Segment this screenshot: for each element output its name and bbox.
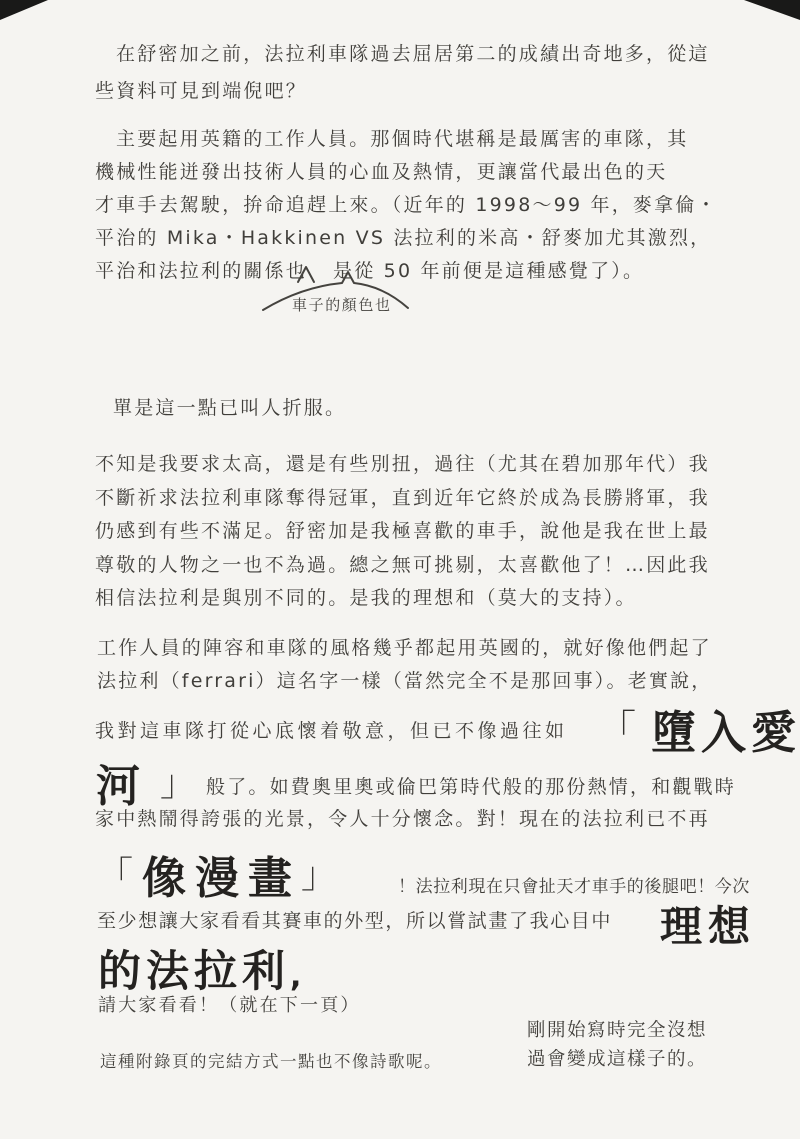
text-line: 在舒密加之前，法拉利車隊過去屈居第二的成績出奇地多，從這 — [95, 36, 710, 73]
text-line: 不知是我要求太高，還是有些別扭，過往（尤其在碧加那年代）我 — [95, 448, 710, 482]
open-bracket: 「 — [97, 855, 142, 896]
text-line-see-next-page: 請大家看看！（就在下一頁） — [98, 991, 361, 1017]
insertion-note: 車子的顏色也 — [292, 294, 392, 315]
close-bracket: 」 — [301, 855, 346, 896]
text-line: 至少想讓大家看看其賽車的外型，所以嘗試畫了我心目中 — [97, 906, 612, 933]
paragraph-expectations: 不知是我要求太高，還是有些別扭，過往（尤其在碧加那年代）我 不斷祈求法拉利車隊奪… — [95, 448, 710, 616]
paragraph-intro: 在舒密加之前，法拉利車隊過去屈居第二的成績出奇地多，從這 些資料可見到端倪吧？ — [95, 36, 710, 110]
comma: , — [290, 959, 306, 994]
open-bracket: 「 — [598, 707, 641, 751]
big-text-ideal: 理想 — [660, 894, 756, 954]
text-line: 機械性能迸發出技術人員的心血及熱情，更讓當代最出色的天 — [95, 156, 718, 189]
big-text-like-manga: 「像漫畫」 — [97, 842, 346, 906]
text-line: 般了。如費奧里奧或倫巴第時代般的那份熱情，和觀戰時 — [206, 772, 736, 799]
text-line: 仍感到有些不滿足。舒密加是我極喜歡的車手，說他是我在世上最 — [95, 515, 710, 549]
big-text: 像漫畫 — [142, 853, 301, 904]
text-line: 我對這車隊打從心底懷着敬意，但已不像過往如 — [95, 716, 568, 743]
big-text: 的法拉利 — [98, 947, 290, 997]
scanned-afterword-page: 在舒密加之前，法拉利車隊過去屈居第二的成績出奇地多，從這 些資料可見到端倪吧？ … — [0, 0, 800, 1139]
text-line: 相信法拉利是與別不同的。是我的理想和（莫大的支持）。 — [95, 582, 710, 616]
text-line: 工作人員的陣容和車隊的風格幾乎都起用英國的，就好像他們起了 — [97, 633, 712, 660]
big-text-fall-in-love-part1: 「墮入愛 — [598, 696, 800, 761]
paragraph-single-line: 單是這一點已叫人折服。 — [113, 393, 346, 420]
text-line: 尊敬的人物之一也不為過。總之無可挑剔，太喜歡他了！…因此我 — [95, 549, 710, 583]
text-line: 不斷祈求法拉利車隊奪得冠軍，直到近年它終於成為長勝將軍，我 — [95, 482, 710, 516]
text-line: 剛開始寫時完全沒想 — [527, 1016, 707, 1045]
footnote-left: 這種附錄頁的完結方式一點也不像詩歌呢。 — [100, 1048, 442, 1072]
text-line: 家中熱鬧得誇張的光景，令人十分懷念。對！現在的法拉利已不再 — [95, 804, 710, 831]
scan-corner-artifact-right — [744, 0, 800, 20]
footnote-right: 剛開始寫時完全沒想 過會變成這樣子的。 — [527, 1016, 707, 1074]
insertion-caret-mark — [298, 267, 314, 282]
text-line: 才車手去駕駛，拚命追趕上來。（近年的 1998～99 年，麥拿倫・ — [95, 189, 718, 222]
text-line: 過會變成這樣子的。 — [527, 1045, 707, 1074]
text-line: 平治的 Mika・Hakkinen VS 法拉利的米高・舒麥加尤其激烈， — [95, 222, 718, 255]
big-text-the-ferrari: 的法拉利, — [98, 938, 306, 999]
text-line: 些資料可見到端倪吧？ — [95, 73, 710, 110]
text-line: 主要起用英籍的工作人員。那個時代堪稱是最厲害的車隊，其 — [95, 123, 718, 156]
text-line: 法拉利（ferrari）這名字一樣（當然完全不是那回事）。老實說， — [97, 666, 713, 693]
close-bracket: 」 — [160, 763, 200, 804]
scan-corner-artifact-left — [0, 0, 48, 20]
big-text: 墮入愛 — [651, 706, 800, 759]
